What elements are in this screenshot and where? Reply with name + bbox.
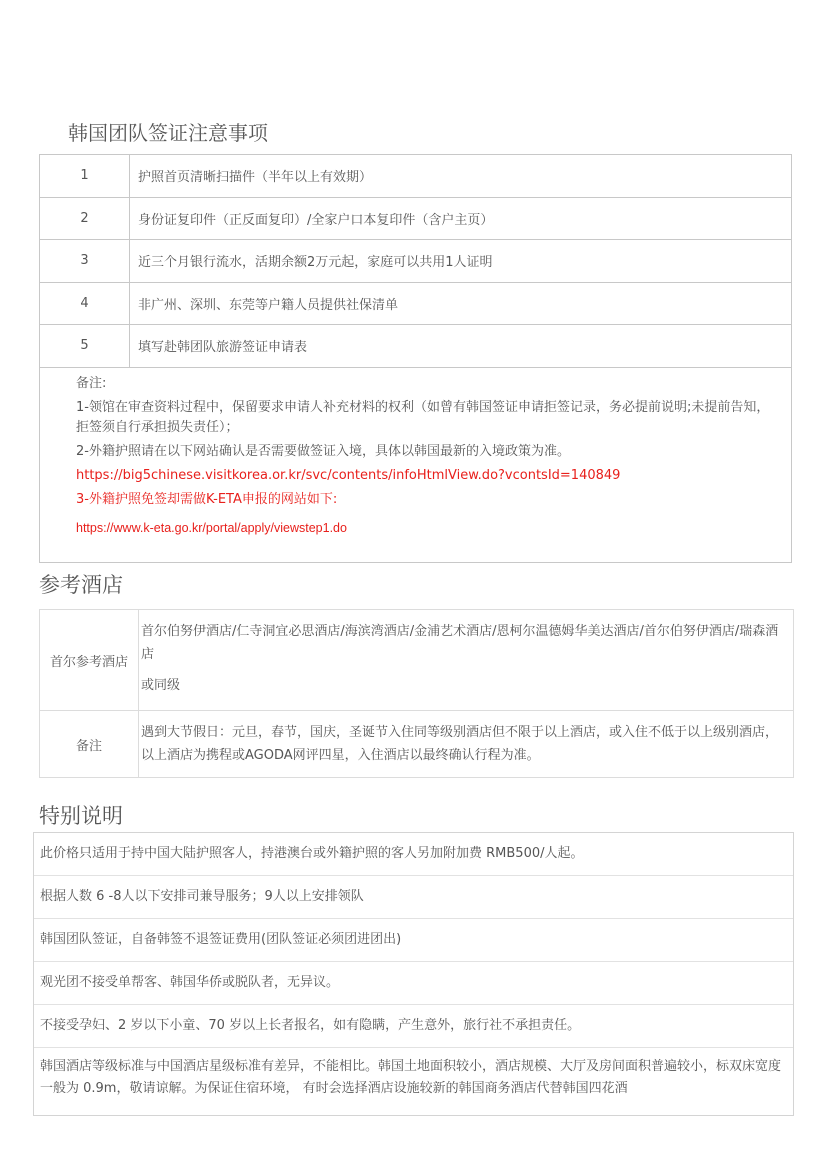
table-row: 备注 遇到大节假日：元旦，春节，国庆，圣诞节入住同等级别酒店但不限于以上酒店，或… [40, 711, 793, 777]
row-number: 2 [40, 198, 130, 240]
requirement-text: 非广州、深圳、东莞等户籍人员提供社保清单 [130, 283, 791, 325]
special-notes-table: 此价格只适用于持中国大陆护照客人，持港澳台或外籍护照的客人另加附加费 RMB50… [33, 832, 794, 1116]
requirement-text: 填写赴韩团队旅游签证申请表 [130, 325, 791, 367]
hotel-equivalent: 或同级 [141, 674, 785, 697]
hotel-list: 首尔伯努伊酒店/仁寺洞宜必思酒店/海滨湾酒店/金浦艺术酒店/恩柯尔温德姆华美达酒… [141, 620, 785, 666]
requirement-text: 近三个月银行流水，活期余额2万元起，家庭可以共用1人证明 [130, 240, 791, 282]
table-row: 首尔参考酒店 首尔伯努伊酒店/仁寺洞宜必思酒店/海滨湾酒店/金浦艺术酒店/恩柯尔… [40, 610, 793, 711]
hotel-section-title: 参考酒店 [39, 569, 123, 599]
table-row: 2 身份证复印件（正反面复印）/全家户口本复印件（含户主页） [40, 198, 791, 241]
hotel-note: 遇到大节假日：元旦，春节，国庆，圣诞节入住同等级别酒店但不限于以上酒店，或入住不… [141, 721, 785, 767]
row-number: 3 [40, 240, 130, 282]
table-row: 3 近三个月银行流水，活期余额2万元起，家庭可以共用1人证明 [40, 240, 791, 283]
note-3: 3-外籍护照免签却需做K-ETA申报的网站如下: [76, 490, 781, 510]
visitkorea-link[interactable]: https://big5chinese.visitkorea.or.kr/svc… [76, 466, 781, 486]
requirement-text: 护照首页清晰扫描件（半年以上有效期） [130, 155, 791, 197]
row-number: 4 [40, 283, 130, 325]
special-note: 韩国团队签证，自备韩签不退签证费用(团队签证必须团进团出) [34, 919, 793, 962]
visa-section-title: 韩国团队签证注意事项 [68, 117, 268, 146]
note-1: 1-领馆在审查资料过程中，保留要求申请人补充材料的权利（如曾有韩国签证申请拒签记… [76, 398, 781, 438]
visa-requirements-table: 1 护照首页清晰扫描件（半年以上有效期） 2 身份证复印件（正反面复印）/全家户… [39, 154, 792, 563]
table-row: 1 护照首页清晰扫描件（半年以上有效期） [40, 155, 791, 198]
special-note: 此价格只适用于持中国大陆护照客人，持港澳台或外籍护照的客人另加附加费 RMB50… [34, 833, 793, 876]
special-section-title: 特别说明 [39, 800, 123, 830]
note-2: 2-外籍护照请在以下网站确认是否需要做签证入境，具体以韩国最新的入境政策为准。 [76, 442, 781, 462]
table-row: 4 非广州、深圳、东莞等户籍人员提供社保清单 [40, 283, 791, 326]
hotel-row-content: 首尔伯努伊酒店/仁寺洞宜必思酒店/海滨湾酒店/金浦艺术酒店/恩柯尔温德姆华美达酒… [139, 610, 793, 710]
notes-label: 备注: [76, 374, 781, 394]
special-note: 观光团不接受单帮客、韩国华侨或脱队者，无异议。 [34, 962, 793, 1005]
row-number: 1 [40, 155, 130, 197]
requirement-text: 身份证复印件（正反面复印）/全家户口本复印件（含户主页） [130, 198, 791, 240]
k-eta-link[interactable]: https://www.k-eta.go.kr/portal/apply/vie… [76, 518, 781, 538]
row-number: 5 [40, 325, 130, 367]
visa-notes: 备注: 1-领馆在审查资料过程中，保留要求申请人补充材料的权利（如曾有韩国签证申… [40, 368, 791, 562]
special-note: 不接受孕妇、2 岁以下小童、70 岁以上长者报名，如有隐瞒，产生意外，旅行社不承… [34, 1005, 793, 1048]
special-note: 韩国酒店等级标准与中国酒店星级标准有差异，不能相比。韩国土地面积较小，酒店规模、… [34, 1048, 793, 1116]
hotel-row-content: 遇到大节假日：元旦，春节，国庆，圣诞节入住同等级别酒店但不限于以上酒店，或入住不… [139, 711, 793, 777]
special-note: 根据人数 6 -8人以下安排司兼导服务；9人以上安排领队 [34, 876, 793, 919]
hotel-table: 首尔参考酒店 首尔伯努伊酒店/仁寺洞宜必思酒店/海滨湾酒店/金浦艺术酒店/恩柯尔… [39, 609, 794, 778]
table-row: 5 填写赴韩团队旅游签证申请表 [40, 325, 791, 368]
hotel-row-label: 首尔参考酒店 [40, 610, 139, 710]
hotel-row-label: 备注 [40, 711, 139, 777]
